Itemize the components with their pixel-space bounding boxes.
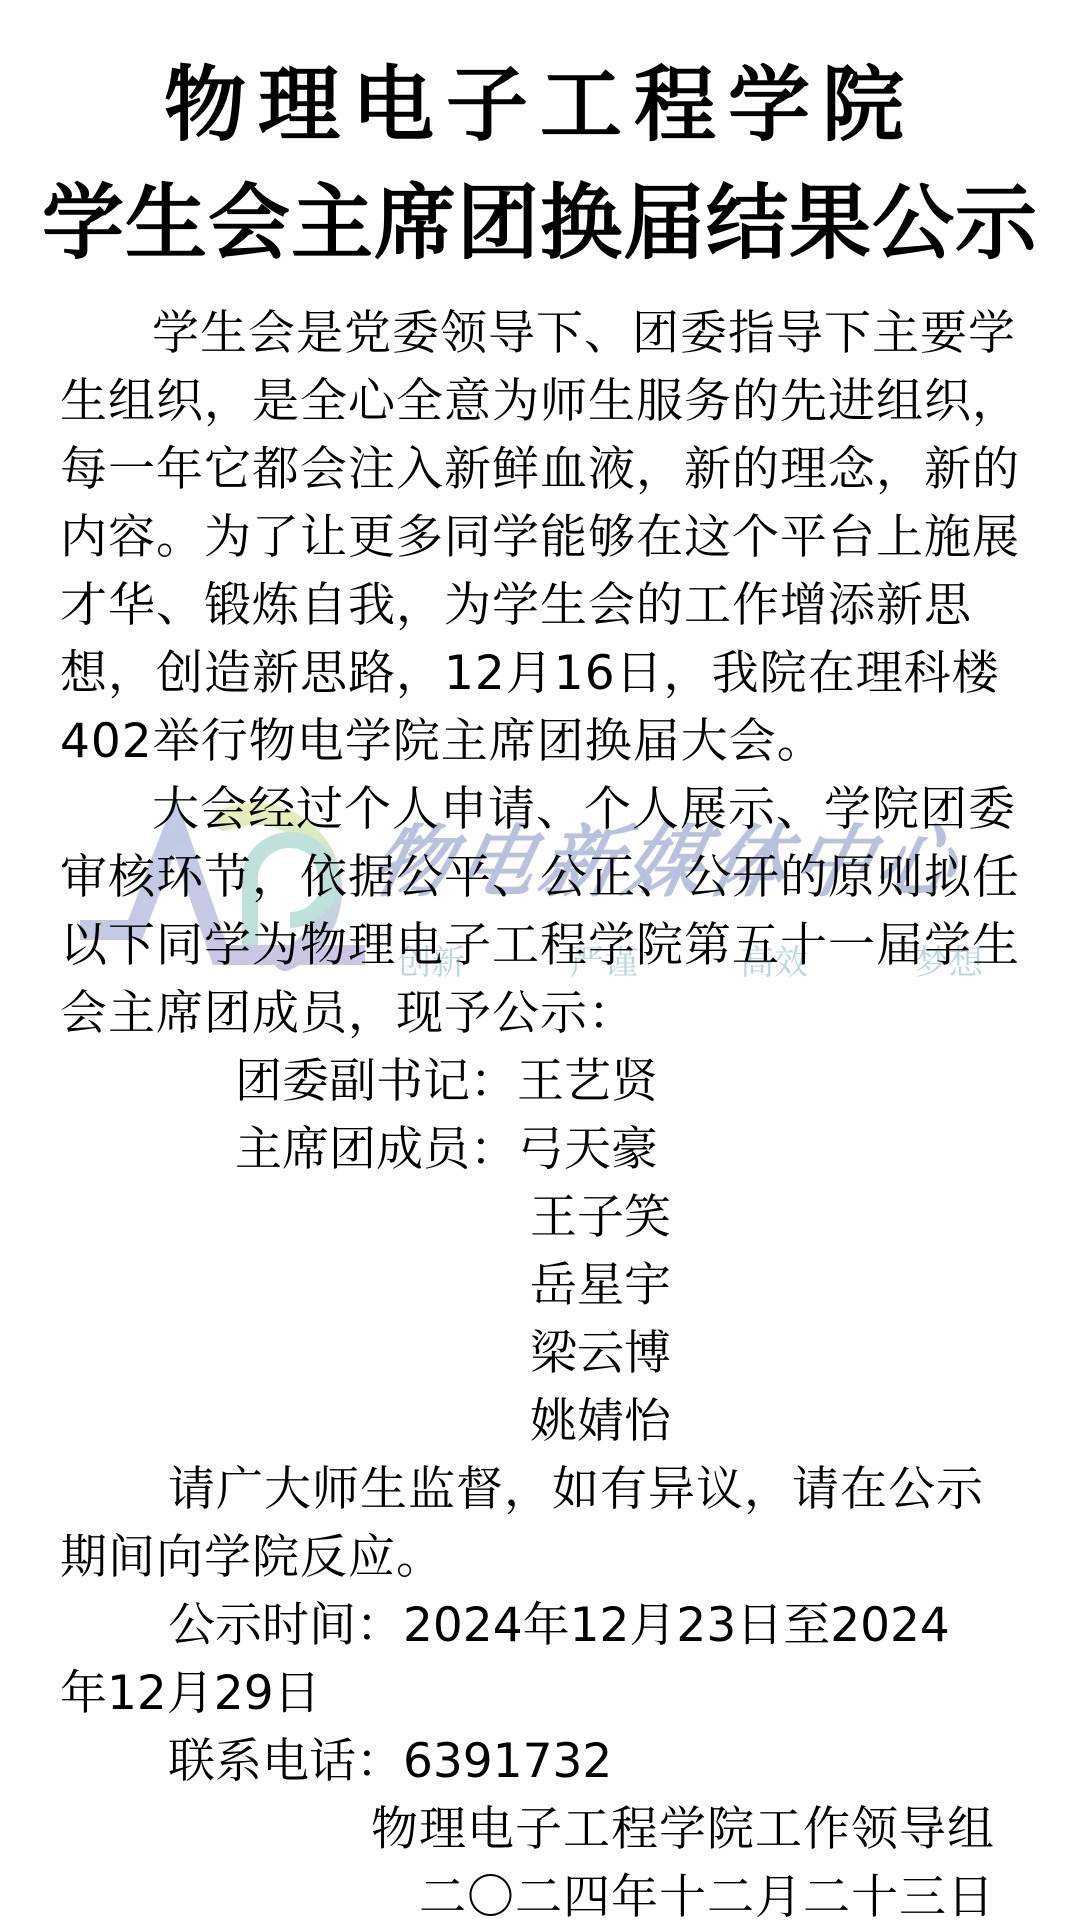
page-title-line2: 学生会主席团换届结果公示 (0, 176, 1080, 272)
paragraph2-line: 审核环节，依据公平、公正、公开的原则拟任 (60, 850, 1020, 906)
paragraph2-line: 会主席团成员，现予公示： (60, 986, 636, 1042)
deputy-secretary-row: 团委副书记：王艺贤 (235, 1054, 658, 1110)
supervision-line: 请广大师生监督，如有异议，请在公示 (168, 1462, 984, 1518)
presidium-member: 王子笑 (530, 1190, 671, 1246)
signature-date: 二〇二四年十二月二十三日 (419, 1870, 995, 1920)
paragraph1-line: 才华、锻炼自我，为学生会的工作增添新思 (60, 578, 972, 634)
paragraph1-line: 想，创造新思路，12月16日，我院在理科楼 (60, 646, 1000, 702)
presidium-row: 主席团成员：弓天豪 (235, 1122, 658, 1178)
paragraph1-line: 每一年它都会注入新鲜血液，新的理念，新的 (60, 442, 1020, 498)
contact-phone: 联系电话：6391732 (168, 1734, 612, 1790)
paragraph1-line: 402举行物电学院主席团换届大会。 (60, 714, 825, 770)
paragraph1-line: 生组织，是全心全意为师生服务的先进组织， (60, 374, 1020, 430)
paragraph2-line: 以下同学为物理电子工程学院第五十一届学生 (60, 918, 1020, 974)
supervision-line: 期间向学院反应。 (60, 1530, 444, 1586)
deputy-secretary-label: 团委副书记： (235, 1054, 517, 1109)
publicity-period-line: 公示时间：2024年12月23日至2024 (168, 1598, 950, 1654)
presidium-member: 姚婧怡 (530, 1394, 671, 1450)
presidium-member: 弓天豪 (517, 1122, 658, 1177)
publicity-period-line: 年12月29日 (60, 1666, 321, 1722)
presidium-member: 岳星宇 (530, 1258, 671, 1314)
page-title-line1: 物理电子工程学院 (0, 58, 1080, 154)
presidium-member: 梁云博 (530, 1326, 671, 1382)
paragraph1-line: 内容。为了让更多同学能够在这个平台上施展 (60, 510, 1020, 566)
paragraph1-line: 学生会是党委领导下、团委指导下主要学 (152, 306, 1016, 362)
paragraph2-line: 大会经过个人申请、个人展示、学院团委 (152, 782, 1016, 838)
deputy-secretary-name: 王艺贤 (517, 1054, 658, 1109)
signature-org: 物理电子工程学院工作领导组 (371, 1802, 995, 1858)
presidium-label: 主席团成员： (235, 1122, 517, 1177)
